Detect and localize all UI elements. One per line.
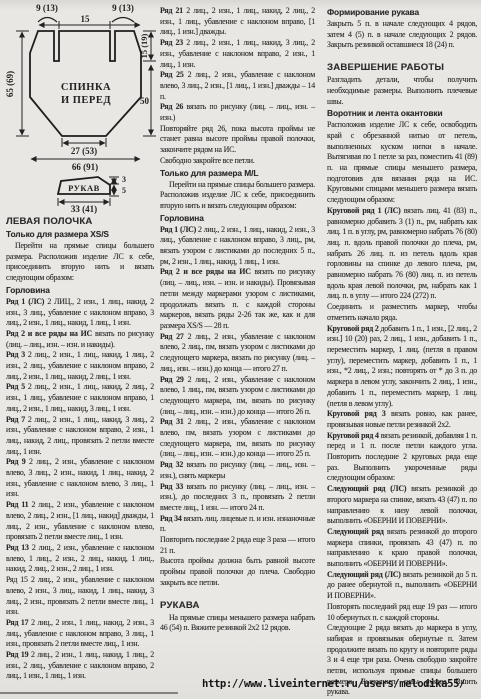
row-label: Следующий ряд [327, 527, 384, 536]
section-heading: Только для размера M/L [160, 168, 315, 179]
row-label: Ряд 23 [160, 38, 183, 47]
row-label: Ряд 26 [160, 102, 183, 111]
pattern-row: Круговой ряд 2 добавить 1 п., 1 изн., [2… [327, 324, 477, 410]
paragraph: Повторять последний ряд еще 19 раз — ито… [327, 602, 477, 623]
paragraph: Повторить последние 2 ряда еще 3 раза — … [160, 535, 315, 556]
row-label: Ряд 15 [6, 575, 28, 584]
section-heading: Горловина [160, 213, 315, 224]
row-label: Ряд 1 (ЛС) [6, 297, 44, 306]
pattern-row: Ряд 7 2 лиц., 2 изн., 1 лиц., накид, 3 л… [6, 415, 154, 458]
row-label: Круговой ряд 3 [327, 409, 386, 418]
dim-sleeve-top: 3 [122, 175, 126, 184]
row-label: Ряд 17 [6, 618, 28, 627]
row-label: Ряд 21 [160, 6, 183, 15]
pattern-row: Круговой ряд 3 вязать ровно, как ранее, … [327, 409, 477, 430]
row-label: Ряд 33 [160, 482, 183, 491]
row-label: Ряд 11 [6, 500, 28, 509]
pattern-row: Ряд 9 2 лиц., 2 изн., убавление с наклон… [6, 457, 154, 500]
pattern-row: Ряд 32 вязать по рисунку (лиц. – лиц., и… [160, 460, 315, 481]
dim-sleeve-bottom: 5 [122, 186, 126, 195]
dim-right-bottom: 50 [140, 96, 150, 106]
pattern-row: Ряд 11 2 лиц., 2 изн., убавление с накло… [6, 500, 154, 543]
scanned-pattern-page: 9 (13) 9 (13) 15 65 (69) 15 (19) 50 СПИН… [0, 0, 481, 699]
pattern-row: Ряд 26 вязать по рисунку (лиц. – лиц., и… [160, 102, 315, 123]
pattern-row: Ряд 34 вязать лиц. лицевые п. и изн. изн… [160, 514, 315, 535]
watermark-url: http://www.liveinternet.ru/users/melodik… [202, 678, 465, 690]
piece-label-line1: СПИНКА [61, 82, 111, 93]
column-left: ЛЕВАЯ ПОЛОЧКАТолько для размера XS/SПере… [6, 216, 154, 682]
paragraph: Разгладить детали, чтобы получить необхо… [327, 75, 477, 107]
pattern-row: Ряд 25 2 лиц., 2 изн., убавление с накло… [160, 70, 315, 102]
pattern-row: Ряд 3 2 лиц., 2 изн., 1 лиц., накид, 1 л… [6, 350, 154, 382]
paragraph: Расположив изделие ЛС к себе, освободить… [327, 120, 477, 206]
pattern-row: Ряд 23 2 лиц., 2 изн., 1 лиц., накид, 3 … [160, 38, 315, 70]
schematic-diagram: 9 (13) 9 (13) 15 65 (69) 15 (19) 50 СПИН… [0, 0, 160, 214]
row-label: Ряд 25 [160, 70, 184, 79]
row-label: Ряд 2 и все ряды на ИС [160, 267, 251, 276]
dim-top-width: 15 [81, 14, 91, 24]
paragraph: Перейти на прямые спицы большего размера… [160, 180, 315, 212]
pattern-row: Ряд 5 2 лиц., 2 изн., 1 лиц., накид, 2 л… [6, 382, 154, 414]
paragraph: Высота проймы должна быть равной высоте … [160, 556, 315, 588]
row-label: Ряд 34 [160, 514, 182, 523]
paragraph: Соединить и разместить маркер, чтобы отм… [327, 302, 477, 323]
row-label: Ряд 1 (ЛС) [160, 225, 196, 234]
paragraph: Закрыть 5 п. в начале следующих 4 рядов,… [327, 19, 477, 51]
row-label: Круговой ряд 4 [327, 431, 379, 440]
row-label: Следующий ряд (ЛС) [327, 570, 401, 579]
pattern-row: Ряд 13 2 лиц., 2 изн., убавление с накло… [6, 543, 154, 575]
pattern-row: Ряд 21 2 лиц., 2 изн., 1 лиц., накид, 2 … [160, 6, 315, 38]
row-label: Ряд 19 [6, 650, 28, 659]
row-label: Ряд 7 [6, 415, 25, 424]
row-label: Ряд 31 [160, 417, 184, 426]
piece-label-line2: И ПЕРЕД [61, 95, 111, 106]
shoulder-brace-right [112, 18, 134, 23]
dim-bottom-outer: 66 (91) [72, 162, 98, 172]
paragraph: Повторяйте ряд 26, пока высота проймы не… [160, 124, 315, 156]
dim-sleeve-width: 33 (41) [71, 204, 97, 214]
row-label: Ряд 2 и все ряды на ИС [6, 329, 92, 338]
row-label: Ряд 9 [6, 457, 26, 466]
paragraph: Перейти на прямые спицы большего размера… [6, 241, 154, 284]
pattern-row: Круговой ряд 4 вязать резинкой, добавляя… [327, 431, 477, 485]
dim-bottom-inner: 27 (53) [71, 146, 97, 156]
row-label: Круговой ряд 1 (ЛС) [327, 206, 401, 215]
row-label: Следующий ряд (ЛС) [327, 484, 406, 493]
pattern-row: Следующий ряд (ЛС) вязать резинкой до 5 … [327, 570, 477, 602]
pattern-row: Ряд 33 вязать по рисунку (лиц. – лиц., и… [160, 482, 315, 514]
column-middle: Ряд 21 2 лиц., 2 изн., 1 лиц., накид, 2 … [160, 6, 315, 634]
shoulder-brace-left [38, 18, 57, 23]
row-label: Ряд 13 [6, 543, 29, 552]
pattern-row: Ряд 27 2 лиц., 2 изн., убавление с накло… [160, 332, 315, 375]
pattern-row: Ряд 15 2 лиц., 2 изн., убавление с накло… [6, 575, 154, 618]
dim-top-right: 9 (13) [112, 3, 134, 13]
pattern-row: Ряд 29 2 лиц., 2 изн., убавление с накло… [160, 375, 315, 418]
pattern-row: Ряд 1 (ЛС) 2 ЛИЦ., 2 изн., 1 лиц., накид… [6, 297, 154, 329]
section-heading: РУКАВА [160, 600, 315, 611]
section-heading: ЛЕВАЯ ПОЛОЧКА [6, 216, 154, 227]
pattern-row: Ряд 31 2 лиц., 2 изн., убавление с накло… [160, 417, 315, 460]
row-label: Круговой ряд 2 [327, 324, 379, 333]
pattern-row: Ряд 19 2 лиц., 2 изн., 1 лиц., накид, 1 … [6, 650, 154, 682]
pattern-row: Круговой ряд 1 (ЛС) вязать лиц. 41 (83) … [327, 206, 477, 302]
row-label: Ряд 29 [160, 375, 184, 384]
section-heading: Воротник и лента окантовки [327, 108, 477, 119]
sleeve-label: РУКАВ [68, 183, 100, 193]
dim-right-top: 15 (19) [139, 33, 149, 58]
dim-left-height: 65 (69) [5, 71, 15, 97]
pattern-row: Следующий ряд (ЛС) вязать резинкой до вт… [327, 484, 477, 527]
paragraph: На прямые спицы меньшего размера набрать… [160, 613, 315, 634]
pattern-row: Ряд 1 (ЛС) 2 лиц., 2 изн., 1 лиц., накид… [160, 225, 315, 268]
pattern-row: Ряд 2 и все ряды на ИС вязать по рисунку… [160, 267, 315, 331]
pattern-row: Ряд 17 2 лиц., 2 изн., 1 лиц., накид, 2 … [6, 618, 154, 650]
paragraph: Свободно закройте все петли. [160, 156, 315, 167]
section-heading: ЗАВЕРШЕНИЕ РАБОТЫ [327, 62, 477, 73]
row-label: Ряд 32 [160, 460, 183, 469]
row-label: Ряд 3 [6, 350, 25, 359]
section-heading: Формирование рукава [327, 7, 477, 18]
page-edge-line [0, 692, 178, 694]
row-label: Ряд 5 [6, 382, 25, 391]
pattern-row: Ряд 2 и все ряды на ИС вязать по рисунку… [6, 329, 154, 350]
column-right: Формирование рукаваЗакрыть 5 п. в начале… [327, 6, 477, 698]
pattern-row: Следующий ряд вязать резинкой до второго… [327, 527, 477, 570]
section-heading: Горловина [6, 285, 154, 296]
section-heading: Только для размера XS/S [6, 229, 154, 240]
dim-top-left: 9 (13) [36, 3, 58, 13]
row-label: Ряд 27 [160, 332, 184, 341]
